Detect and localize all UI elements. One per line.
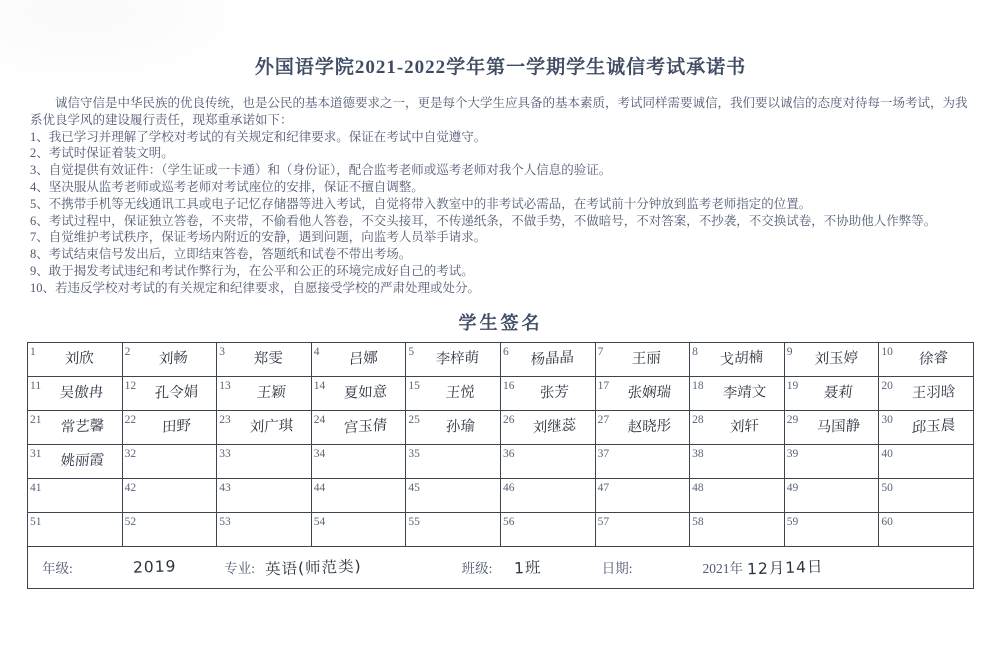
signature-cell: 23刘广琪 [217,410,312,444]
signature-cell: 56 [500,512,595,546]
signature-row: 11吴傲冉12孔令娟13王颖14夏如意15王悦16张芳17张娴瑞18李靖文19聂… [28,376,974,410]
handwritten-signature: 常艺馨 [44,410,120,437]
signature-cell-number: 56 [503,514,518,528]
signature-cell: 25孙瑜 [406,410,501,444]
signature-cell: 55 [406,512,501,546]
date-month-day-handwritten: 12月14日 [747,555,824,580]
signature-cell-number: 4 [314,344,323,358]
signature-cell-number: 34 [314,446,329,460]
major-value-handwritten: 英语(师范类) [265,554,362,579]
signature-cell-number: 22 [125,412,140,426]
signature-cell: 37 [595,444,690,478]
signature-table-body: 1刘欣2刘畅3郑雯4吕娜5李梓萌6杨晶晶7王丽8戈胡楠9刘玉婷10徐睿11吴傲冉… [28,342,974,546]
handwritten-signature: 刘广琪 [233,410,309,437]
signature-cell-number: 20 [881,378,896,392]
signature-cell: 46 [500,478,595,512]
signature-cell: 50 [879,478,974,512]
document-title: 外国语学院2021-2022学年第一学期学生诚信考试承诺书 [0,52,1001,79]
signature-cell: 58 [690,512,785,546]
handwritten-signature: 姚丽霞 [43,445,121,470]
rules-list: 1、我已学习并理解了学校对考试的有关规定和纪律要求。保证在考试中自觉遵守。2、考… [30,129,975,297]
signature-cell-number: 26 [503,412,518,426]
signature-cell: 32 [122,444,217,478]
rule-item: 2、考试时保证着装文明。 [30,145,975,162]
signature-cell-number: 37 [598,446,613,460]
signature-cell: 17张娴瑞 [595,376,690,410]
signature-cell-number: 52 [125,514,140,528]
handwritten-signature: 吴傲冉 [43,377,121,402]
handwritten-signature: 张娴瑞 [611,377,689,402]
signature-cell-number: 35 [408,446,423,460]
signature-cell: 24宫玉倩 [311,410,406,444]
signature-cell: 36 [500,444,595,478]
signature-cell-number: 23 [219,412,234,426]
handwritten-signature: 刘轩 [706,410,782,438]
signature-cell-number: 3 [219,344,228,358]
rule-item: 5、不携带手机等无线通讯工具或电子记忆存储器等进入考试，自觉将带入教室中的非考试… [30,196,975,213]
signature-cell: 12孔令娟 [122,376,217,410]
signature-cell: 26刘继蕊 [500,410,595,444]
class-value-handwritten: 1班 [514,556,542,579]
handwritten-signature: 王颖 [232,377,310,402]
signature-cell-number: 43 [219,480,234,494]
signature-section-heading: 学生签名 [0,309,1001,335]
signature-cell-number: 14 [314,378,329,392]
handwritten-signature: 徐睿 [896,342,972,370]
signature-cell-number: 2 [125,344,134,358]
signature-cell-number: 60 [881,514,896,528]
rule-item: 7、自觉维护考试秩序，保证考场内附近的安静，遇到问题，向监考人员举手请求。 [30,229,975,246]
rule-item: 6、考试过程中，保证独立答卷，不夹带，不偷看他人答卷，不交头接耳，不传递纸条，不… [30,213,975,230]
signature-cell: 60 [879,512,974,546]
signature-cell-number: 28 [692,412,707,426]
form-footer: 年级: 2019 专业: 英语(师范类) 班级: 1班 日期: 2021年 12… [27,547,974,589]
signature-cell: 7王丽 [595,342,690,376]
signature-cell: 33 [217,444,312,478]
handwritten-signature: 杨晶晶 [511,342,592,370]
signature-cell: 21常艺馨 [28,410,123,444]
signature-cell-number: 50 [881,480,896,494]
handwritten-signature: 邱玉晨 [896,410,972,438]
handwritten-signature: 戈胡楠 [701,342,782,370]
handwritten-signature: 田野 [139,410,215,438]
signature-cell-number: 12 [125,378,140,392]
signature-cell-number: 5 [408,344,417,358]
signature-table: 1刘欣2刘畅3郑雯4吕娜5李梓萌6杨晶晶7王丽8戈胡楠9刘玉婷10徐睿11吴傲冉… [27,342,974,547]
signature-cell: 47 [595,478,690,512]
signature-cell-number: 41 [30,480,45,494]
signature-cell: 57 [595,512,690,546]
intro-paragraph: 诚信守信是中华民族的优良传统，也是公民的基本道德要求之一，更是每个大学生应具备的… [30,95,975,129]
signature-cell: 19聂莉 [784,376,879,410]
signature-row: 51525354555657585960 [28,512,974,546]
signature-cell: 16张芳 [500,376,595,410]
signature-row: 31姚丽霞323334353637383940 [28,444,974,478]
signature-cell-number: 44 [314,480,329,494]
signature-cell-number: 30 [881,412,896,426]
rule-item: 3、自觉提供有效证件：（学生证或一卡通）和（身份证），配合监考老师或巡考老师对我… [30,162,975,179]
signature-cell-number: 1 [30,344,39,358]
signature-cell: 13王颖 [217,376,312,410]
handwritten-signature: 宫玉倩 [328,410,404,438]
signature-cell-number: 17 [598,378,613,392]
signature-cell: 15王悦 [406,376,501,410]
signature-cell-number: 11 [30,378,44,392]
signature-cell-number: 59 [787,514,802,528]
signature-cell: 28刘轩 [690,410,785,444]
signature-cell-number: 27 [598,412,613,426]
signature-cell-number: 25 [408,412,423,426]
signature-cell: 29马国静 [784,410,879,444]
signature-cell: 9刘玉婷 [784,342,879,376]
handwritten-signature: 刘玉婷 [795,342,877,369]
signature-cell: 10徐睿 [879,342,974,376]
signature-cell-number: 7 [598,344,607,358]
date-label: 日期: [602,557,633,577]
signature-cell-number: 49 [787,480,802,494]
class-label: 班级: [462,557,493,577]
signature-cell: 27赵晓彤 [595,410,690,444]
signature-cell-number: 42 [125,480,140,494]
signature-cell-number: 40 [881,446,896,460]
signature-cell: 35 [406,444,501,478]
signature-cell-number: 31 [30,446,45,460]
rule-item: 9、敢于揭发考试违纪和考试作弊行为，在公平和公正的环境完成好自己的考试。 [30,263,975,280]
signature-cell: 4吕娜 [311,342,406,376]
handwritten-signature: 李梓萌 [417,342,499,369]
signature-cell: 43 [217,478,312,512]
signature-cell-number: 45 [408,480,423,494]
signature-cell: 30邱玉晨 [879,410,974,444]
signature-cell-number: 32 [125,446,140,460]
handwritten-signature: 王丽 [606,342,688,369]
major-label: 专业: [224,557,255,577]
signature-cell-number: 55 [408,514,423,528]
commitment-text-block: 诚信守信是中华民族的优良传统，也是公民的基本道德要求之一，更是每个大学生应具备的… [30,95,975,297]
signature-cell-number: 16 [503,378,518,392]
handwritten-signature: 孙瑜 [422,410,498,437]
date-year-printed: 2021年 [703,557,744,577]
handwritten-signature: 刘欣 [38,342,120,369]
signature-cell-number: 53 [219,514,234,528]
handwritten-signature: 王悦 [422,377,500,402]
signature-cell-number: 13 [219,378,234,392]
signature-cell-number: 47 [598,480,613,494]
handwritten-signature: 王羽晗 [895,376,971,403]
handwritten-signature: 郑雯 [228,342,310,369]
signature-cell-number: 6 [503,344,512,358]
handwritten-signature: 赵晓彤 [612,410,688,437]
handwritten-signature: 张芳 [517,376,593,403]
handwritten-signature: 聂莉 [800,377,878,402]
signature-cell-number: 33 [219,446,234,460]
signature-cell: 6杨晶晶 [500,342,595,376]
signature-cell-number: 58 [692,514,707,528]
signature-cell: 51 [28,512,123,546]
rule-item: 4、坚决服从监考老师或巡考老师对考试座位的安排，保证不擅自调整。 [30,179,975,196]
signature-cell: 39 [784,444,879,478]
signature-cell: 22田野 [122,410,217,444]
signature-cell-number: 54 [314,514,329,528]
signature-row: 1刘欣2刘畅3郑雯4吕娜5李梓萌6杨晶晶7王丽8戈胡楠9刘玉婷10徐睿 [28,342,974,376]
handwritten-signature: 李靖文 [706,376,782,403]
signature-cell-number: 15 [408,378,423,392]
signature-cell-number: 36 [503,446,518,460]
handwritten-signature: 刘畅 [133,342,214,370]
signature-cell: 54 [311,512,406,546]
signature-cell-number: 46 [503,480,518,494]
signature-cell-number: 18 [692,378,707,392]
signature-cell: 5李梓萌 [406,342,501,376]
signature-cell: 48 [690,478,785,512]
signature-cell-number: 8 [692,344,701,358]
grade-label: 年级: [42,557,73,577]
signature-cell: 20王羽晗 [879,376,974,410]
handwritten-signature: 孔令娟 [139,376,215,403]
signature-cell-number: 9 [787,344,796,358]
signature-cell: 1刘欣 [28,342,123,376]
signature-cell: 38 [690,444,785,478]
signature-cell: 31姚丽霞 [28,444,123,478]
handwritten-signature: 刘继蕊 [517,410,593,438]
signature-row: 41424344454647484950 [28,478,974,512]
signature-cell-number: 29 [787,412,802,426]
signature-cell: 11吴傲冉 [28,376,123,410]
signature-cell-number: 19 [787,378,802,392]
rule-item: 1、我已学习并理解了学校对考试的有关规定和纪律要求。保证在考试中自觉遵守。 [30,129,975,146]
signature-cell-number: 51 [30,514,45,528]
signature-cell: 41 [28,478,123,512]
signature-cell: 59 [784,512,879,546]
handwritten-signature: 马国静 [801,410,877,437]
rule-item: 8、考试结束信号发出后，立即结束答卷，答题纸和试卷不带出考场。 [30,246,975,263]
signature-cell: 3郑雯 [217,342,312,376]
handwritten-signature: 吕娜 [322,342,403,370]
signature-cell: 40 [879,444,974,478]
signature-cell-number: 39 [787,446,802,460]
signature-cell-number: 24 [314,412,329,426]
handwritten-signature: 夏如意 [328,376,404,403]
signature-row: 21常艺馨22田野23刘广琪24宫玉倩25孙瑜26刘继蕊27赵晓彤28刘轩29马… [28,410,974,444]
signature-cell: 2刘畅 [122,342,217,376]
signature-cell: 44 [311,478,406,512]
signature-cell: 49 [784,478,879,512]
signature-cell-number: 21 [30,412,45,426]
signature-cell: 8戈胡楠 [690,342,785,376]
signature-cell: 14夏如意 [311,376,406,410]
signature-cell-number: 10 [881,344,896,358]
signature-cell: 52 [122,512,217,546]
scanned-commitment-form: 外国语学院2021-2022学年第一学期学生诚信考试承诺书 诚信守信是中华民族的… [0,0,1001,658]
signature-cell: 34 [311,444,406,478]
signature-cell: 42 [122,478,217,512]
signature-cell: 53 [217,512,312,546]
signature-cell-number: 57 [598,514,613,528]
signature-cell-number: 38 [692,446,707,460]
signature-cell-number: 48 [692,480,707,494]
signature-cell: 18李靖文 [690,376,785,410]
rule-item: 10、若违反学校对考试的有关规定和纪律要求，自愿接受学校的严肃处理或处分。 [30,280,975,297]
grade-value-handwritten: 2019 [132,557,176,577]
signature-cell: 45 [406,478,501,512]
